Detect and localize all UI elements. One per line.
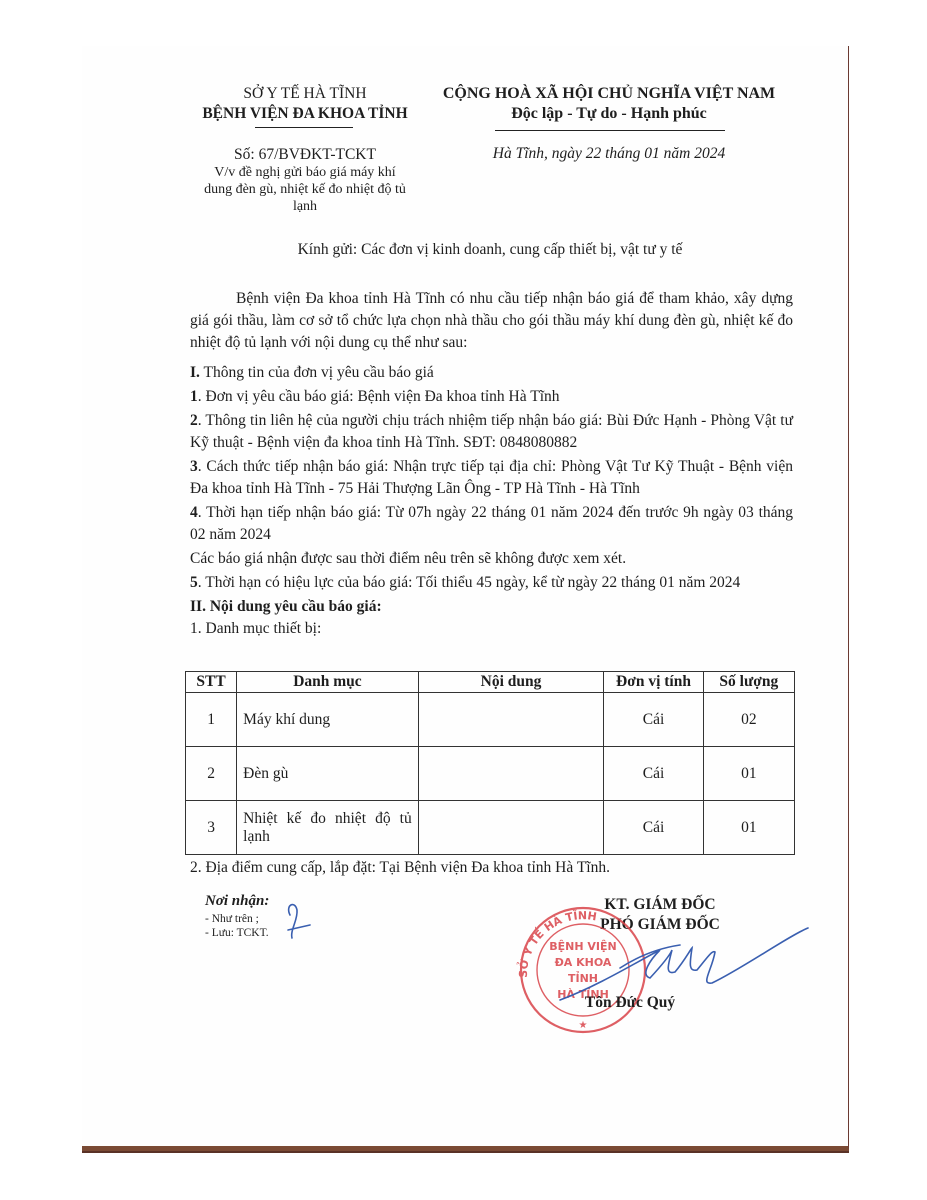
column-header: Nội dung <box>418 672 604 693</box>
item-number: 5 <box>190 574 198 591</box>
cell-content <box>418 801 604 855</box>
section-1-item: 1. Đơn vị yêu cầu báo giá: Bệnh viện Đa … <box>190 386 793 408</box>
item-text: . Cách thức tiếp nhận báo giá: Nhận trực… <box>190 458 793 497</box>
nation-title: CỘNG HOÀ XÃ HỘI CHỦ NGHĨA VIỆT NAM <box>425 84 793 104</box>
organization-name: BỆNH VIỆN ĐA KHOA TỈNH <box>180 104 430 124</box>
cell-stt: 2 <box>186 747 237 801</box>
column-header: Đơn vị tính <box>604 672 703 693</box>
cell-item: Nhiệt kế đo nhiệt độ tủ lạnh <box>237 801 419 855</box>
agency-name: SỞ Y TẾ HÀ TĨNH <box>180 84 430 104</box>
cell-unit: Cái <box>604 801 703 855</box>
section-1-item: 4. Thời hạn tiếp nhận báo giá: Từ 07h ng… <box>190 502 793 546</box>
column-header: Danh mục <box>237 672 419 693</box>
national-motto: Độc lập - Tự do - Hạnh phúc <box>425 104 793 124</box>
table-row: 1 Máy khí dung Cái 02 <box>186 693 795 747</box>
issuer-header: SỞ Y TẾ HÀ TĨNH BỆNH VIỆN ĐA KHOA TỈNH <box>180 84 430 124</box>
issuer-underline <box>255 127 353 128</box>
section-1-note: Các báo giá nhận được sau thời điểm nêu … <box>190 548 793 570</box>
signer-name: Tôn Đức Quý <box>560 994 700 1012</box>
item-number: 4 <box>190 504 198 521</box>
national-header: CỘNG HOÀ XÃ HỘI CHỦ NGHĨA VIỆT NAM Độc l… <box>425 84 793 124</box>
cell-content <box>418 747 604 801</box>
recipients-title: Nơi nhận: <box>205 893 269 910</box>
signature-title-1: KT. GIÁM ĐỐC <box>555 894 765 915</box>
table-row: 3 Nhiệt kế đo nhiệt độ tủ lạnh Cái 01 <box>186 801 795 855</box>
item-number: 1 <box>190 388 198 405</box>
item-text: . Thông tin liên hệ của người chịu trách… <box>190 412 793 451</box>
section-1-item: 3. Cách thức tiếp nhận báo giá: Nhận trự… <box>190 456 793 500</box>
recipient-item: - Lưu: TCKT. <box>205 926 269 940</box>
column-header: Số lượng <box>703 672 794 693</box>
section-2-subtitle: 1. Danh mục thiết bị: <box>190 618 793 640</box>
item-text: . Đơn vị yêu cầu báo giá: Bệnh viện Đa k… <box>198 388 560 405</box>
equipment-table: STT Danh mục Nội dung Đơn vị tính Số lượ… <box>185 671 795 855</box>
intro-paragraph: Bệnh viện Đa khoa tỉnh Hà Tĩnh có nhu cầ… <box>190 288 793 354</box>
document-subject: V/v đề nghị gửi báo giá máy khí dung đèn… <box>180 164 430 215</box>
section-title: Thông tin của đơn vị yêu cầu báo giá <box>200 364 434 381</box>
item-number: 2 <box>190 412 198 429</box>
item-number: 3 <box>190 458 198 475</box>
subject-line: lạnh <box>180 198 430 215</box>
section-1-heading: I. Thông tin của đơn vị yêu cầu báo giá <box>190 362 793 384</box>
cell-unit: Cái <box>604 693 703 747</box>
cell-stt: 3 <box>186 801 237 855</box>
cell-item: Đèn gù <box>237 747 419 801</box>
recipient-item: - Như trên ; <box>205 912 259 926</box>
cell-unit: Cái <box>604 747 703 801</box>
table-header-row: STT Danh mục Nội dung Đơn vị tính Số lượ… <box>186 672 795 693</box>
cell-quantity: 02 <box>703 693 794 747</box>
document-number: Số: 67/BVĐKT-TCKT <box>180 145 430 165</box>
section-1-item: 2. Thông tin liên hệ của người chịu trác… <box>190 410 793 454</box>
intro-text: Bệnh viện Đa khoa tỉnh Hà Tĩnh có nhu cầ… <box>190 288 793 354</box>
item-text: . Thời hạn có hiệu lực của báo giá: Tối … <box>198 574 741 591</box>
cell-quantity: 01 <box>703 801 794 855</box>
item-text: . Thời hạn tiếp nhận báo giá: Từ 07h ngà… <box>190 504 793 543</box>
signature-title-2: PHÓ GIÁM ĐỐC <box>555 914 765 935</box>
cell-item: Máy khí dung <box>237 693 419 747</box>
column-header: STT <box>186 672 237 693</box>
section-number: I. <box>190 364 200 381</box>
cell-content <box>418 693 604 747</box>
section-1-item: 5. Thời hạn có hiệu lực của báo giá: Tối… <box>190 572 793 594</box>
place-date: Hà Tĩnh, ngày 22 tháng 01 năm 2024 <box>425 145 793 163</box>
motto-underline <box>495 130 725 131</box>
item-text: Các báo giá nhận được sau thời điểm nêu … <box>190 550 626 567</box>
subject-line: dung đèn gù, nhiệt kế đo nhiệt độ tủ <box>180 181 430 198</box>
recipient-line: Kính gửi: Các đơn vị kinh doanh, cung cấ… <box>190 241 790 259</box>
delivery-location: 2. Địa điểm cung cấp, lắp đặt: Tại Bệnh … <box>190 857 793 879</box>
subject-line: V/v đề nghị gửi báo giá máy khí <box>180 164 430 181</box>
section-1: I. Thông tin của đơn vị yêu cầu báo giá … <box>190 362 793 640</box>
cell-stt: 1 <box>186 693 237 747</box>
cell-quantity: 01 <box>703 747 794 801</box>
section-2-heading: II. Nội dung yêu cầu báo giá: <box>190 596 793 618</box>
table-row: 2 Đèn gù Cái 01 <box>186 747 795 801</box>
